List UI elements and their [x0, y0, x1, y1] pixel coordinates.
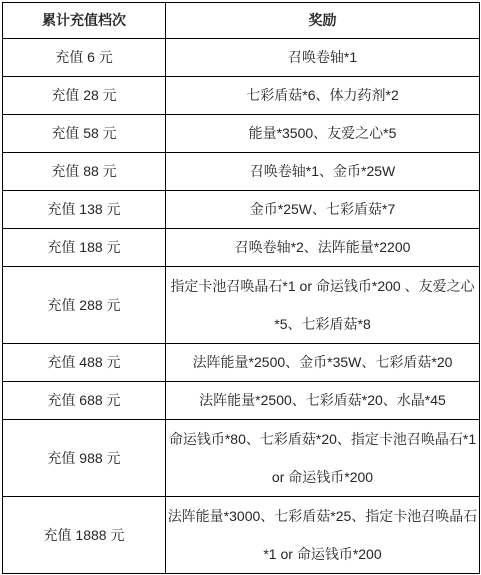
header-reward: 奖励: [166, 3, 480, 39]
tier-cell: 充值 288 元: [3, 267, 166, 344]
reward-cell: 召唤卷轴*1: [166, 39, 480, 77]
tier-cell: 充值 1888 元: [3, 497, 166, 574]
tier-cell: 充值 28 元: [3, 77, 166, 115]
recharge-reward-table: 累计充值档次 奖励 充值 6 元 召唤卷轴*1 充值 28 元 七彩盾菇*6、体…: [2, 2, 480, 574]
tier-cell: 充值 488 元: [3, 344, 166, 382]
table-row: 充值 488 元 法阵能量*2500、金币*35W、七彩盾菇*20: [3, 344, 480, 382]
reward-cell: 七彩盾菇*6、体力药剂*2: [166, 77, 480, 115]
tier-cell: 充值 988 元: [3, 420, 166, 497]
reward-line: *5、七彩盾菇*8: [170, 305, 475, 343]
table-row: 充值 58 元 能量*3500、友爱之心*5: [3, 115, 480, 153]
reward-cell: 召唤卷轴*2、法阵能量*2200: [166, 229, 480, 267]
reward-cell: 法阵能量*2500、七彩盾菇*20、水晶*45: [166, 382, 480, 420]
table-row: 充值 88 元 召唤卷轴*1、金币*25W: [3, 153, 480, 191]
reward-line: or 命运钱币*200: [170, 458, 475, 496]
reward-cell: 金币*25W、七彩盾菇*7: [166, 191, 480, 229]
table-row: 充值 138 元 金币*25W、七彩盾菇*7: [3, 191, 480, 229]
tier-cell: 充值 88 元: [3, 153, 166, 191]
tier-cell: 充值 188 元: [3, 229, 166, 267]
table-row: 充值 1888 元 法阵能量*3000、七彩盾菇*25、指定卡池召唤晶石 *1 …: [3, 497, 480, 574]
table-row: 充值 28 元 七彩盾菇*6、体力药剂*2: [3, 77, 480, 115]
reward-cell: 法阵能量*2500、金币*35W、七彩盾菇*20: [166, 344, 480, 382]
reward-line: 指定卡池召唤晶石*1 or 命运钱币*200 、友爱之心: [170, 267, 475, 305]
tier-cell: 充值 688 元: [3, 382, 166, 420]
header-row: 累计充值档次 奖励: [3, 3, 480, 39]
table-row: 充值 988 元 命运钱币*80、七彩盾菇*20、指定卡池召唤晶石*1 or 命…: [3, 420, 480, 497]
reward-cell: 命运钱币*80、七彩盾菇*20、指定卡池召唤晶石*1 or 命运钱币*200: [166, 420, 480, 497]
reward-cell: 法阵能量*3000、七彩盾菇*25、指定卡池召唤晶石 *1 or 命运钱币*20…: [166, 497, 480, 574]
table-row: 充值 288 元 指定卡池召唤晶石*1 or 命运钱币*200 、友爱之心 *5…: [3, 267, 480, 344]
table-row: 充值 6 元 召唤卷轴*1: [3, 39, 480, 77]
reward-line: 法阵能量*3000、七彩盾菇*25、指定卡池召唤晶石: [170, 497, 475, 535]
header-tier: 累计充值档次: [3, 3, 166, 39]
reward-cell: 指定卡池召唤晶石*1 or 命运钱币*200 、友爱之心 *5、七彩盾菇*8: [166, 267, 480, 344]
table-row: 充值 188 元 召唤卷轴*2、法阵能量*2200: [3, 229, 480, 267]
tier-cell: 充值 6 元: [3, 39, 166, 77]
reward-cell: 能量*3500、友爱之心*5: [166, 115, 480, 153]
tier-cell: 充值 138 元: [3, 191, 166, 229]
reward-line: *1 or 命运钱币*200: [170, 535, 475, 573]
reward-line: 命运钱币*80、七彩盾菇*20、指定卡池召唤晶石*1: [170, 420, 475, 458]
table-row: 充值 688 元 法阵能量*2500、七彩盾菇*20、水晶*45: [3, 382, 480, 420]
reward-cell: 召唤卷轴*1、金币*25W: [166, 153, 480, 191]
tier-cell: 充值 58 元: [3, 115, 166, 153]
